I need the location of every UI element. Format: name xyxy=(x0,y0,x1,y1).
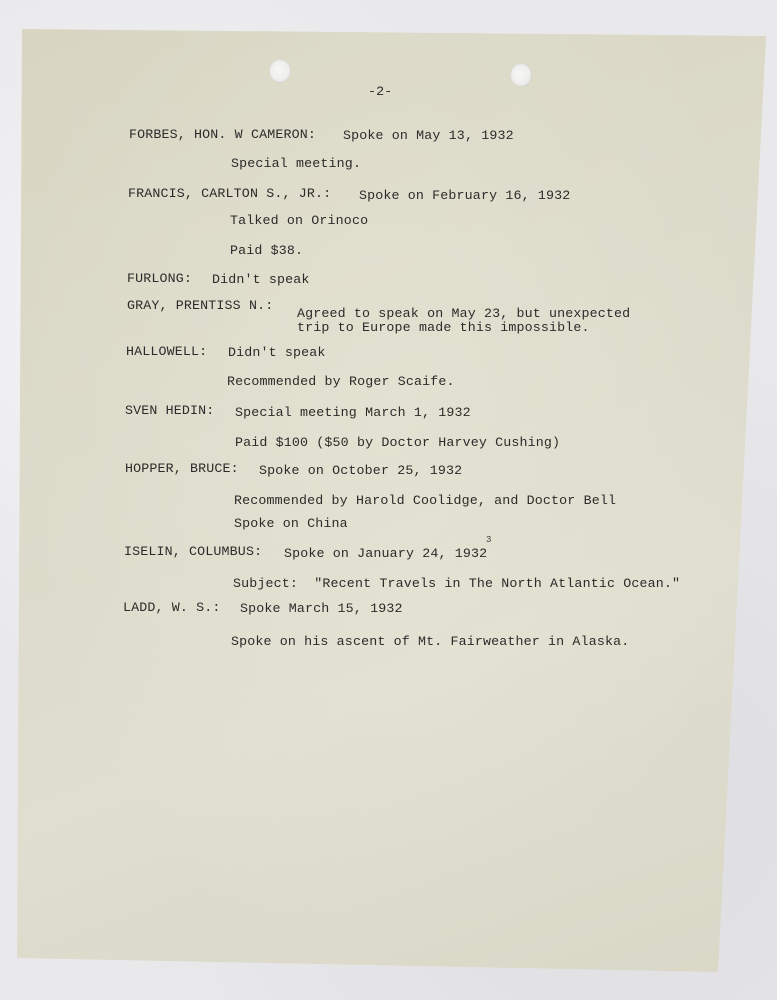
entry-name: FORBES, HON. W CAMERON: xyxy=(129,127,316,143)
entry-first-line: Spoke on May 13, 1932 xyxy=(343,128,514,144)
entry-note: Special meeting. xyxy=(231,156,361,172)
entry-first-line: Spoke on January 24, 1932 xyxy=(284,546,487,562)
entry-first-line: Didn't speak xyxy=(212,272,310,288)
entry-name: SVEN HEDIN: xyxy=(125,403,214,419)
entry-continuation: trip to Europe made this impossible. xyxy=(297,320,590,336)
entry-note: Paid $100 ($50 by Doctor Harvey Cushing) xyxy=(235,435,560,451)
entry-first-line: Spoke March 15, 1932 xyxy=(240,601,403,617)
entry-name: ISELIN, COLUMBUS: xyxy=(124,544,262,560)
entry-note: Spoke on China xyxy=(234,516,348,532)
entry-first-line: Didn't speak xyxy=(228,345,326,361)
entry-name: GRAY, PRENTISS N.: xyxy=(127,298,273,314)
entry-note: Recommended by Harold Coolidge, and Doct… xyxy=(234,493,616,509)
entry-name: LADD, W. S.: xyxy=(123,600,221,616)
entry-first-line: Special meeting March 1, 1932 xyxy=(235,405,471,421)
entry-name: HOPPER, BRUCE: xyxy=(125,461,239,477)
typed-document: -2- FORBES, HON. W CAMERON: Spoke on May… xyxy=(0,0,777,1000)
handwritten-correction: 3 xyxy=(486,535,492,545)
entry-note: Subject: "Recent Travels in The North At… xyxy=(233,576,680,592)
page-number: -2- xyxy=(368,84,392,100)
entry-note: Spoke on his ascent of Mt. Fairweather i… xyxy=(231,634,629,650)
entry-note: Paid $38. xyxy=(230,243,303,259)
entry-name: FURLONG: xyxy=(127,271,192,287)
entry-name: FRANCIS, CARLTON S., JR.: xyxy=(128,186,331,202)
entry-note: Talked on Orinoco xyxy=(230,213,368,229)
entry-first-line: Spoke on February 16, 1932 xyxy=(359,188,570,204)
entry-first-line: Spoke on October 25, 1932 xyxy=(259,463,462,479)
entry-name: HALLOWELL: xyxy=(126,344,207,360)
entry-note: Recommended by Roger Scaife. xyxy=(227,374,455,390)
